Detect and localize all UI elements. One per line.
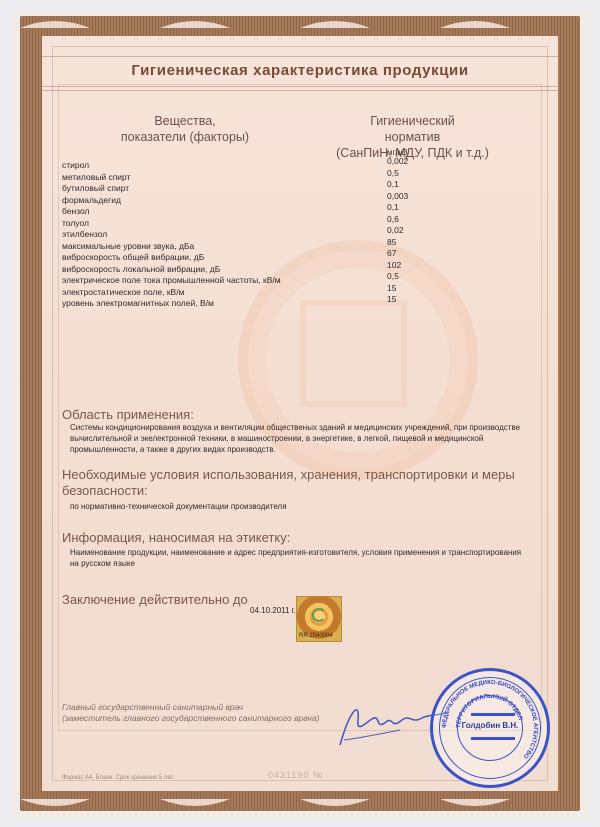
stamp-name: Голдобин В.Н. <box>433 721 547 730</box>
border-wave-bottom <box>20 799 580 813</box>
signer-line: Главный государственный санитарный врач <box>62 702 319 713</box>
norm-value: 67 <box>387 248 396 258</box>
column-header-line: норматив <box>320 129 505 145</box>
scope-text: Системы кондиционирования воздуха и вент… <box>70 422 530 455</box>
official-stamp: ФЕДЕРАЛЬНОЕ МЕДИКО-БИОЛОГИЧЕСКОЕ АГЕНТСТ… <box>430 668 550 788</box>
column-header-norm: Гигиенический норматив (СанПиН, МДУ, ПДК… <box>320 113 505 161</box>
table-row: этилбензол0,02 <box>62 225 462 237</box>
conditions-text: по нормативно-технической документации п… <box>70 501 530 512</box>
table-row: толуол0,6 <box>62 214 462 226</box>
column-header-substances: Вещества, показатели (факторы) <box>100 113 270 145</box>
border-wave-top <box>20 14 580 28</box>
label-info-text: Наименование продукции, наименование и а… <box>70 547 530 569</box>
title-rule-bottom-2 <box>42 90 558 91</box>
table-row: бутиловый спирт0,1 <box>62 179 462 191</box>
copyright-emblem-icon <box>312 608 326 622</box>
column-header-line: Гигиенический <box>320 113 505 129</box>
column-header-line: Вещества, <box>100 113 270 129</box>
norm-value: 0,1 <box>387 179 399 189</box>
table-row: уровень электромагнитных полей, В/м15 <box>62 294 462 306</box>
table-row: формальдегид0,003 <box>62 191 462 203</box>
norm-value: 0,1 <box>387 202 399 212</box>
substance-name: уровень электромагнитных полей, В/м <box>62 298 214 308</box>
footer-note: Формат А4. Бланк. Срок хранения 5 лет. <box>62 775 174 781</box>
table-row: электростатическое поле, кВ/м15 <box>62 283 462 295</box>
norm-value: 0,002 <box>387 156 408 166</box>
norm-value: 102 <box>387 260 401 270</box>
title-rule-top <box>42 56 558 57</box>
signer-title: Главный государственный санитарный врач … <box>62 702 319 724</box>
hologram-number: RR 2580004 <box>299 633 333 639</box>
stamp-bar <box>471 713 515 716</box>
label-info-heading: Информация, наносимая на этикетку: <box>62 530 290 545</box>
validity-heading: Заключение действительно до <box>62 592 248 607</box>
norm-value: 15 <box>387 294 396 304</box>
table-row: виброскорость локальной вибрации, дБ102 <box>62 260 462 272</box>
svg-text:ФЕДЕРАЛЬНОЕ МЕДИКО-БИОЛОГИЧЕСК: ФЕДЕРАЛЬНОЕ МЕДИКО-БИОЛОГИЧЕСКОЕ АГЕНТСТ… <box>442 680 538 760</box>
conditions-heading: Необходимые условия использования, хране… <box>62 467 522 499</box>
norm-value: 0,003 <box>387 191 408 201</box>
table-row: электрическое поле тока промышленной час… <box>62 271 462 283</box>
validity-date: 04.10.2011 г. <box>250 606 296 615</box>
hologram-sticker: RR 2580004 <box>296 596 342 642</box>
norm-value: 15 <box>387 283 396 293</box>
stamp-bar <box>471 737 515 740</box>
table-row: метиловый спирт0,5 <box>62 168 462 180</box>
document-title: Гигиеническая характеристика продукции <box>0 62 600 79</box>
table-row: максимальные уровни звука, дБа85 <box>62 237 462 249</box>
norm-value: 0,5 <box>387 271 399 281</box>
signer-line: (заместитель главного государственного с… <box>62 713 319 724</box>
norm-value: 0,02 <box>387 225 404 235</box>
norm-value: 85 <box>387 237 396 247</box>
watermark-emblem <box>300 300 407 407</box>
scope-heading: Область применения: <box>62 407 194 422</box>
title-rule-bottom <box>42 86 558 87</box>
hygiene-table: стирол0,002метиловый спирт0,5бутиловый с… <box>62 156 462 306</box>
column-header-line: показатели (факторы) <box>100 129 270 145</box>
table-row: бензол0,1 <box>62 202 462 214</box>
norm-value: 0,5 <box>387 168 399 178</box>
norm-value: 0,6 <box>387 214 399 224</box>
serial-number: 0431190 № <box>268 770 324 780</box>
table-row: стирол0,002 <box>62 156 462 168</box>
table-row: виброскорость общей вибрации, дБ67 <box>62 248 462 260</box>
